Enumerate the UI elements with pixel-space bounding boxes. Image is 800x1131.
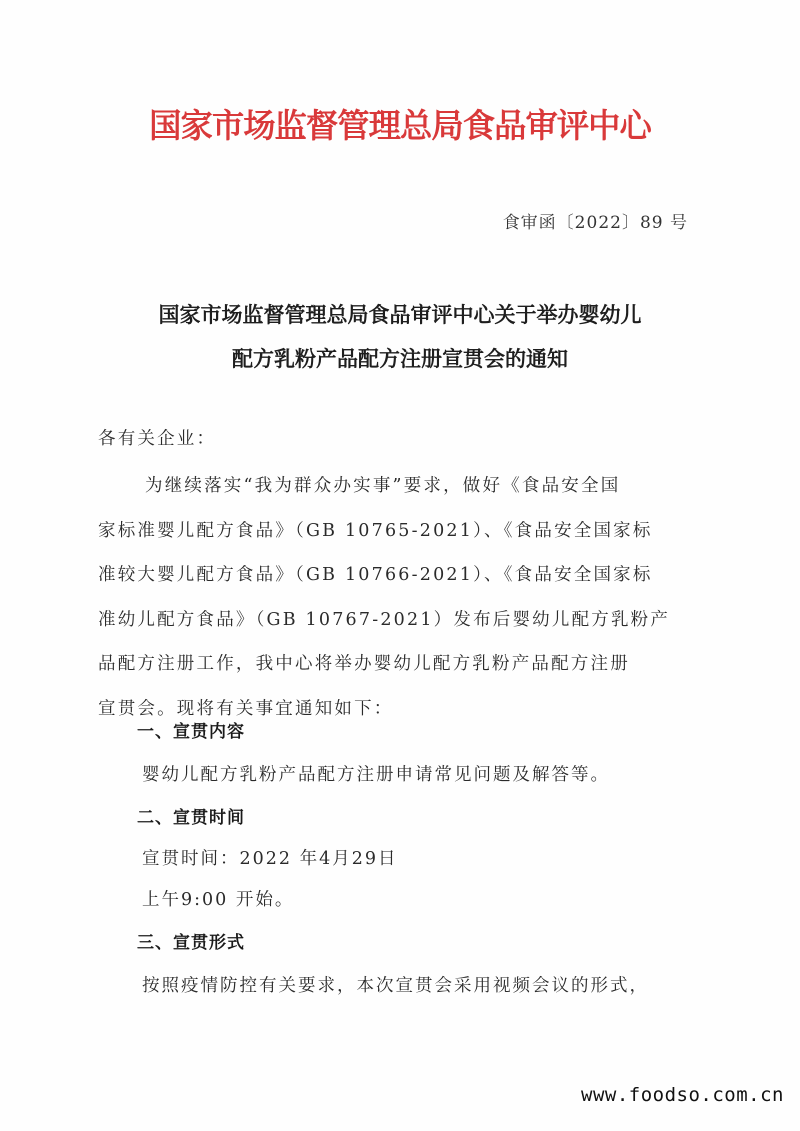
intro-paragraph: 为继续落实“我为群众办实事”要求，做好《食品安全国 家标准婴儿配方食品》（GB … xyxy=(98,464,704,731)
section-text: 按照疫情防控有关要求，本次宣贯会采用视频会议的形式， xyxy=(142,971,649,1001)
section-text: 宣贯时间：2022 年4月29日 xyxy=(142,844,398,874)
section-heading-content: 一、宣贯内容 xyxy=(137,717,245,747)
section-text: 婴幼儿配方乳粉产品配方注册申请常见问题及解答等。 xyxy=(142,760,610,790)
watermark-url: www.foodso.com.cn xyxy=(581,1080,784,1110)
paragraph-line: 准幼儿配方食品》（GB 10767-2021）发布后婴幼儿配方乳粉产 xyxy=(98,598,704,643)
document-page: 国家市场监督管理总局食品审评中心 食审函〔2022〕89 号 国家市场监督管理总… xyxy=(0,0,800,1131)
document-title-line-1: 国家市场监督管理总局食品审评中心关于举办婴幼儿 xyxy=(0,293,800,337)
section-heading-time: 二、宣贯时间 xyxy=(137,803,245,833)
paragraph-line: 准较大婴儿配方食品》（GB 10766-2021）、《食品安全国家标 xyxy=(98,553,704,598)
letterhead-org-name: 国家市场监督管理总局食品审评中心 xyxy=(8,98,792,154)
salutation: 各有关企业： xyxy=(98,424,704,454)
document-title: 国家市场监督管理总局食品审评中心关于举办婴幼儿 配方乳粉产品配方注册宣贯会的通知 xyxy=(0,293,800,381)
document-number: 食审函〔2022〕89 号 xyxy=(503,208,688,238)
section-heading-format: 三、宣贯形式 xyxy=(137,928,245,958)
paragraph-line: 为继续落实“我为群众办实事”要求，做好《食品安全国 xyxy=(98,464,704,509)
document-title-line-2: 配方乳粉产品配方注册宣贯会的通知 xyxy=(0,337,800,381)
section-text: 上午9:00 开始。 xyxy=(142,885,294,915)
paragraph-line: 品配方注册工作，我中心将举办婴幼儿配方乳粉产品配方注册 xyxy=(98,642,704,687)
paragraph-line: 家标准婴儿配方食品》（GB 10765-2021）、《食品安全国家标 xyxy=(98,509,704,554)
